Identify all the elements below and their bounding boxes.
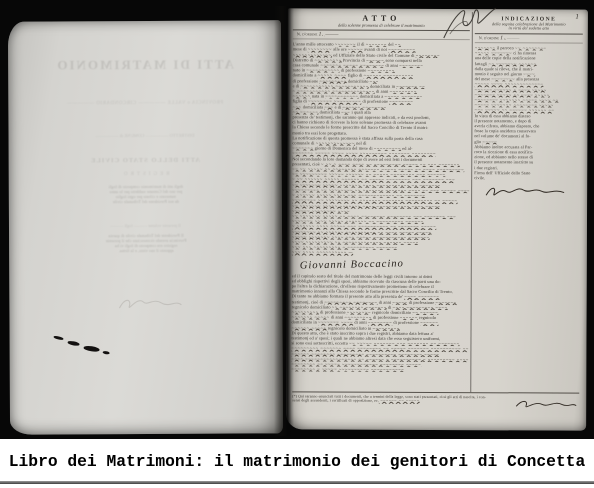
text-line: civile. [474,175,582,181]
scanned-photo: ATTI DI MATRIMONIO PROVINCIA o VALLE ———… [0,0,594,439]
indicazione-ordine: N. d'ordine 1. ——— [475,33,583,44]
left-page: ATTI DI MATRIMONIO PROVINCIA o VALLE ———… [8,20,283,434]
atto-column: ATTO della solenne promessa di celebrare… [291,13,470,372]
official-signature-scribble [484,184,566,202]
text-line: N. d'ordine 1. ——— [479,35,583,42]
indicazione-column: INDICAZIONE della seguita celebrazione d… [474,14,583,207]
book-gutter-shadow [274,6,294,436]
atto-body-2: ed il capitolo sesto del titolo del matr… [291,273,468,373]
text-line: in virtù del sudetto atto [475,27,583,32]
footnote-signature-scribble [514,397,578,411]
indicazione-body: ~~~~~~~ il parroco ~~ ~~~~~~~~~~~~~ ~~~~… [474,45,583,181]
bleed-paragraph-1: degli atti di matrimonio composto di fog… [60,184,232,205]
faint-signature-scribble [117,293,183,315]
text-line: N. d'ordine 1. ——— [297,31,470,38]
bleed-heading: ATTI DELLO STATO CIVILE [9,156,282,164]
column-divider [470,12,473,392]
screenshot: ATTI DI MATRIMONIO PROVINCIA o VALLE ———… [0,0,594,488]
signature-giovanni-boccacino: Giovanni Boccacino [300,257,469,271]
indicazione-subtitle: della seguita celebrazione del Matrimoni… [475,22,583,31]
text-line: apposto il suo visto, e la firma. [62,248,230,254]
text-line: ~~~~~~~~ ~ ~~~~~ ~~~~~~~~~~ ~~~~~~~~~~~ [291,367,468,373]
atto-ordine: N. d'ordine 1. ——— [293,29,470,40]
right-page: 1 ATTO della solenne promessa di celebra… [286,8,588,430]
text-line: ~~~ ~~~~ ~~~~~~~~~~ — [292,250,469,256]
bleed-provincia-line: PROVINCIA o VALLE ————— CIRCONDARIO ————… [8,100,281,106]
bleed-title: ATTI DI MATRIMONIO [8,56,281,73]
caption-text: Libro dei Matrimoni: il matrimonio dei g… [0,452,594,471]
caption-bar: Libro dei Matrimoni: il matrimonio dei g… [0,439,594,488]
atto-body-1: L'anno mille ottocento ~~~~~~~ il dì ~~~… [292,42,470,256]
bleed-volume-line: Il presente volume ——— fogli ——— [9,222,282,228]
text-line: da noi Presidente del Tribunale civile [60,199,232,205]
caption-rule [0,481,594,484]
bleed-paragraph-2: Il Presidente del Tribunale civile di qu… [62,233,230,254]
bleed-registro: REGISTRO [9,171,282,177]
atto-subtitle: della solenne promessa di celebrare il m… [293,22,470,28]
bleed-comune-line: DISTRETTO ————— COMUNE di ————— [9,132,282,138]
bleedthrough-text: ATTI DI MATRIMONIO PROVINCIA o VALLE ———… [8,20,283,434]
